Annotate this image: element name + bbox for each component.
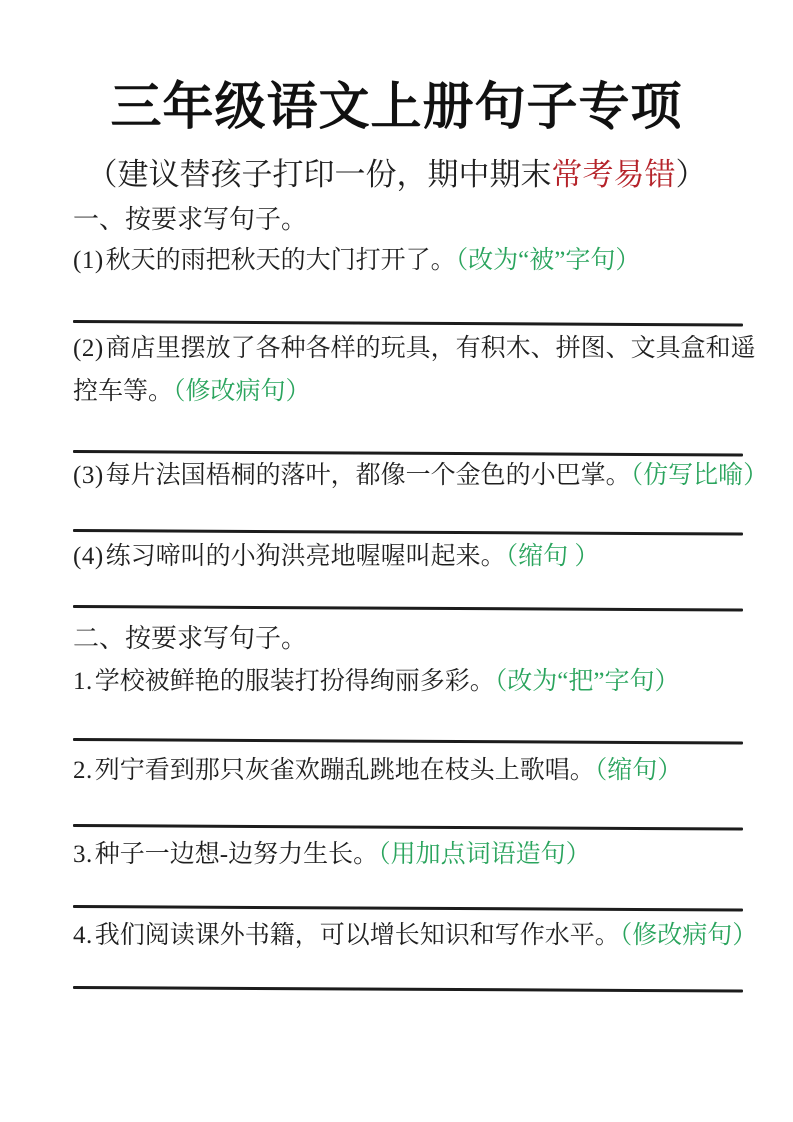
- answer-line: [73, 986, 743, 993]
- item-number: 4.: [73, 922, 95, 949]
- item-number: (3): [73, 462, 106, 489]
- item-hint: （缩句）: [595, 757, 683, 784]
- exercise-item-2-3: 3.种子一边想-边努力生长。（用加点词语造句）: [73, 833, 591, 876]
- section1-heading: 一、按要求写句子。: [73, 202, 307, 238]
- item-hint: （改为“把”字句）: [495, 668, 680, 695]
- item-text: 秋天的雨把秋天的大门打开了。: [106, 247, 456, 274]
- item-hint: （修改病句）: [620, 922, 758, 949]
- exercise-item-2-4: 4.我们阅读课外书籍，可以增长知识和写作水平。（修改病句）: [73, 914, 757, 957]
- section2-heading: 二、按要求写句子。: [73, 621, 307, 657]
- item-text: 学校被鲜艳的服装打扮得绚丽多彩。: [95, 668, 495, 695]
- answer-line: [73, 605, 743, 612]
- worksheet-page: 三年级语文上册句子专项 （建议替孩子打印一份，期中期末常考易错） 一、按要求写句…: [0, 0, 793, 1122]
- answer-line: [73, 905, 743, 912]
- item-number: (1): [73, 247, 106, 274]
- item-number: (2): [73, 335, 106, 362]
- subtitle-prefix: （建议替孩子打印一份，期中期末: [87, 157, 552, 192]
- item-hint: （缩句 ）: [506, 543, 600, 570]
- exercise-item-1-3: (3)每片法国梧桐的落叶，都像一个金色的小巴掌。（仿写比喻）: [73, 454, 768, 497]
- item-number: 3.: [73, 841, 95, 868]
- item-number: 1.: [73, 668, 95, 695]
- item-hint: （仿写比喻）: [631, 462, 769, 489]
- answer-line: [73, 738, 743, 745]
- item-text: 每片法国梧桐的落叶，都像一个金色的小巴掌。: [106, 462, 631, 489]
- item-hint: （用加点词语造句）: [378, 841, 591, 868]
- exercise-item-1-1: (1)秋天的雨把秋天的大门打开了。（改为“被”字句）: [73, 239, 640, 282]
- subtitle-suffix: ）: [676, 157, 707, 192]
- answer-line: [73, 824, 743, 831]
- item-hint: （改为“被”字句）: [456, 247, 641, 274]
- item-number: 2.: [73, 757, 95, 784]
- exercise-item-2-2: 2.列宁看到那只灰雀欢蹦乱跳地在枝头上歌唱。（缩句）: [73, 749, 682, 792]
- exercise-item-1-2: (2)商店里摆放了各种各样的玩具，有积木、拼图、文具盒和遥控车等。（修改病句）: [73, 327, 763, 413]
- answer-line: [73, 320, 743, 327]
- subtitle: （建议替孩子打印一份，期中期末常考易错）: [0, 152, 793, 199]
- item-text: 我们阅读课外书籍，可以增长知识和写作水平。: [95, 922, 620, 949]
- item-number: (4): [73, 543, 106, 570]
- item-text: 列宁看到那只灰雀欢蹦乱跳地在枝头上歌唱。: [95, 757, 595, 784]
- page-title: 三年级语文上册句子专项: [0, 76, 793, 137]
- item-text: 种子一边想-边努力生长。: [95, 841, 378, 868]
- exercise-item-2-1: 1.学校被鲜艳的服装打扮得绚丽多彩。（改为“把”字句）: [73, 660, 679, 703]
- item-text: 练习啼叫的小狗洪亮地喔喔叫起来。: [106, 543, 506, 570]
- exercise-item-1-4: (4)练习啼叫的小狗洪亮地喔喔叫起来。（缩句 ）: [73, 535, 599, 578]
- item-hint: （修改病句）: [173, 378, 311, 405]
- subtitle-highlight: 常考易错: [552, 157, 676, 192]
